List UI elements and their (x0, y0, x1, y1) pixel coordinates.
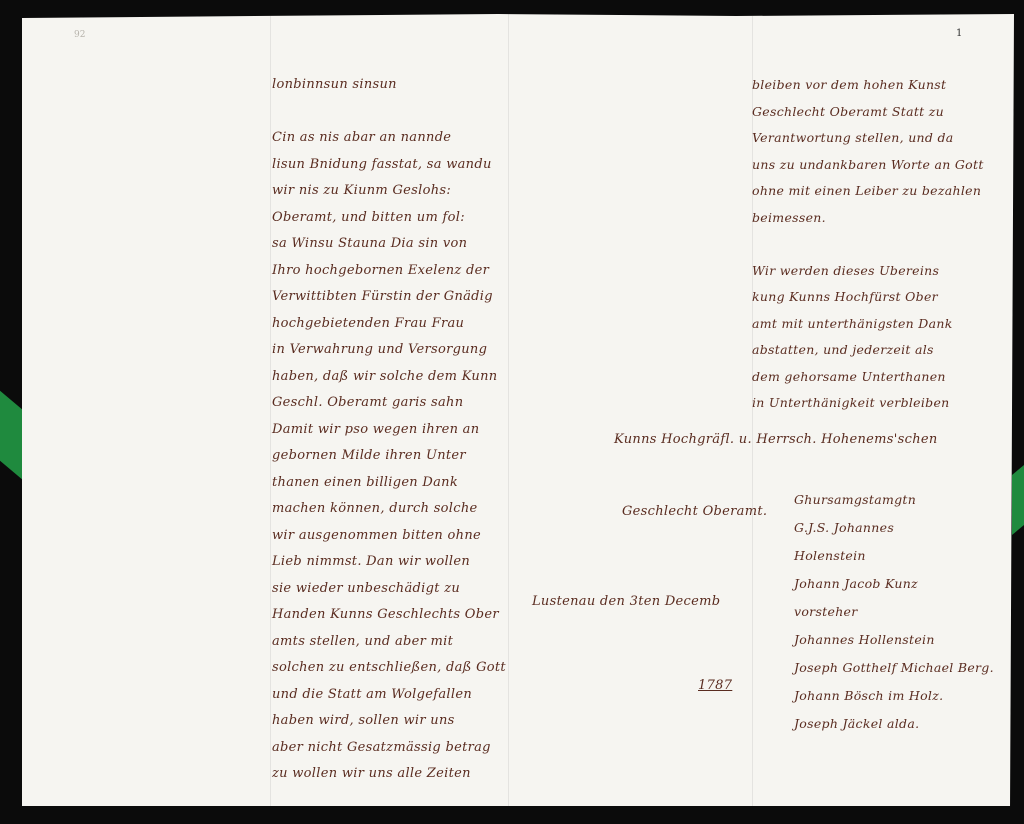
text-line: sie wieder unbeschädigt zu (272, 576, 506, 603)
signature-line: Joseph Gotthelf Michael Berg. (794, 654, 994, 682)
text-line: Verwittibten Fürstin der Gnädig (272, 284, 506, 311)
text-line: Wir werden dieses Ubereins (752, 258, 984, 285)
text-line: haben, daß wir solche dem Kunn (272, 364, 506, 391)
text-line (272, 99, 506, 126)
left-column-text: lonbinnsun sinsun Cin as nis abar an nan… (272, 72, 506, 788)
page-number: 1 (956, 28, 962, 39)
signature-line: Johannes Hollenstein (794, 626, 994, 654)
text-line: in Verwahrung und Versorgung (272, 337, 506, 364)
text-line: hochgebietenden Frau Frau (272, 311, 506, 338)
text-line: ohne mit einen Leiber zu bezahlen (752, 178, 984, 205)
text-line: kung Kunns Hochfürst Ober (752, 284, 984, 311)
text-line: Handen Kunns Geschlechts Ober (272, 602, 506, 629)
archive-mark: 92 (74, 30, 85, 40)
text-line: Geschlecht Oberamt Statt zu (752, 99, 984, 126)
text-line: aber nicht Gesatzmässig betrag (272, 735, 506, 762)
text-line: abstatten, und jederzeit als (752, 337, 984, 364)
text-line: machen können, durch solche (272, 496, 506, 523)
text-line: lisun Bnidung fasstat, sa wandu (272, 152, 506, 179)
signature-line: Johann Bösch im Holz. (794, 682, 994, 710)
signatures-block: GhursamgstamgtnG.J.S. JohannesHolenstein… (794, 486, 994, 738)
signature-line: G.J.S. Johannes (794, 514, 994, 542)
letter-sheet: 92 1 lonbinnsun sinsun Cin as nis abar a… (22, 14, 1014, 806)
text-line: beimessen. (752, 205, 984, 232)
year: 1787 (532, 672, 732, 700)
text-line: und die Statt am Wolgefallen (272, 682, 506, 709)
text-line: sa Winsu Stauna Dia sin von (272, 231, 506, 258)
text-line: Oberamt, und bitten um fol: (272, 205, 506, 232)
text-line: bleiben vor dem hohen Kunst (752, 72, 984, 99)
text-line: amt mit unterthänigsten Dank (752, 311, 984, 338)
fold-line (270, 14, 271, 806)
background-stripe-left (0, 391, 22, 479)
text-line: Verantwortung stellen, und da (752, 125, 984, 152)
text-line: Ihro hochgebornen Exelenz der (272, 258, 506, 285)
signature-line: vorsteher (794, 598, 994, 626)
text-line: lonbinnsun sinsun (272, 72, 506, 99)
text-line: Damit wir pso wegen ihren an (272, 417, 506, 444)
fold-line (508, 14, 509, 806)
signature-line: Joseph Jäckel alda. (794, 710, 994, 738)
text-line: zu wollen wir uns alle Zeiten (272, 761, 506, 788)
text-line: Cin as nis abar an nannde (272, 125, 506, 152)
dateline: Lustenau den 3ten Decemb 1787 (532, 532, 732, 756)
address-line: Kunns Hochgräfl. u. Herrsch. Hohenems'sc… (614, 428, 938, 452)
text-line: solchen zu entschließen, daß Gott (272, 655, 506, 682)
text-line: thanen einen billigen Dank (272, 470, 506, 497)
text-line: wir nis zu Kiunm Geslohs: (272, 178, 506, 205)
signature-line: Ghursamgstamgtn (794, 486, 994, 514)
text-line: haben wird, sollen wir uns (272, 708, 506, 735)
signature-line: Johann Jacob Kunz (794, 570, 994, 598)
place-date: Lustenau den 3ten Decemb (532, 588, 732, 616)
text-line: amts stellen, und aber mit (272, 629, 506, 656)
signature-line: Holenstein (794, 542, 994, 570)
text-line (752, 231, 984, 258)
text-line: Lieb nimmst. Dan wir wollen (272, 549, 506, 576)
text-line: uns zu undankbaren Worte an Gott (752, 152, 984, 179)
background-stripe-right (1012, 465, 1024, 535)
text-line: wir ausgenommen bitten ohne (272, 523, 506, 550)
text-line: gebornen Milde ihren Unter (272, 443, 506, 470)
text-line: Geschl. Oberamt garis sahn (272, 390, 506, 417)
right-column-text: bleiben vor dem hohen KunstGeschlecht Ob… (752, 72, 984, 417)
